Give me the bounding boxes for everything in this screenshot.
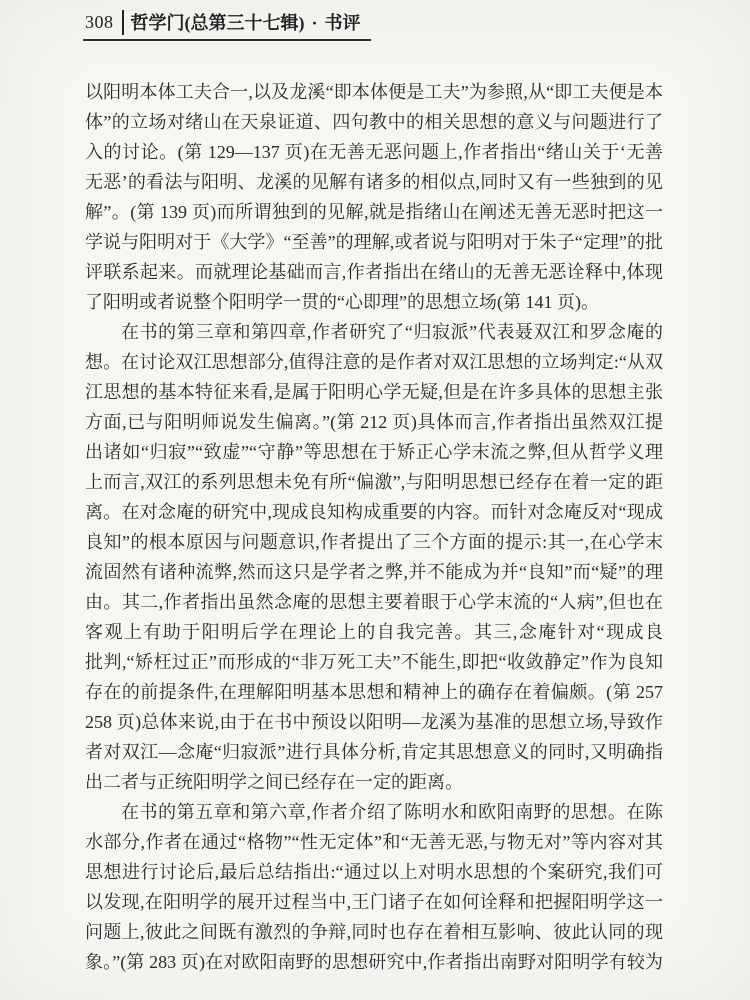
body-text: 以阳明本体工夫合一,以及龙溪“即本体便是工夫”为参照,从“即工夫便是本体”的立场… <box>85 77 663 977</box>
text-line: 象。”(第 283 页)在对欧阳南野的思想研究中,作者指出南野对阳明学有较为 <box>85 947 663 977</box>
page-header: 308 哲学门(总第三十七辑)·书评 <box>83 7 371 41</box>
text-line: 想。在讨论双江思想部分,值得注意的是作者对双江思想的立场判定:“从双 <box>85 347 663 377</box>
scanned-book-page: 308 哲学门(总第三十七辑)·书评 以阳明本体工夫合一,以及龙溪“即本体便是工… <box>0 0 750 1000</box>
text-line: 无恶’的看法与阳明、龙溪的见解有诸多的相似点,同时又有一些独到的见 <box>85 167 663 197</box>
paragraph: 以阳明本体工夫合一,以及龙溪“即本体便是工夫”为参照,从“即工夫便是本体”的立场… <box>85 77 663 317</box>
text-line: 水部分,作者在通过“格物”“性无定体”和“无善无恶,与物无对”等内容对其 <box>85 827 663 857</box>
header-divider-bar <box>122 10 124 35</box>
text-line: 出二者与正统阳明学之间已经存在一定的距离。 <box>85 767 663 797</box>
text-line: 流固然有诸种流弊,然而这只是学者之弊,并不能成为并“良知”而“疑”的理 <box>85 557 663 587</box>
text-line: 以发现,在阳明学的展开过程当中,王门诸子在如何诠释和把握阳明学这一 <box>85 887 663 917</box>
text-line: 出诸如“归寂”“致虚”“守静”等思想在于矫正心学末流之弊,但从哲学义理 <box>85 437 663 467</box>
text-line: 体”的立场对绪山在天泉证道、四句教中的相关思想的意义与问题进行了深 <box>85 107 663 137</box>
section-label: 书评 <box>325 13 361 33</box>
paragraph: 在书的第五章和第六章,作者介绍了陈明水和欧阳南野的思想。在陈明水部分,作者在通过… <box>85 797 663 977</box>
header-separator-dot: · <box>312 13 318 34</box>
text-line: 存在的前提条件,在理解阳明基本思想和精神上的确存在着偏颇。(第 257— <box>85 677 663 707</box>
text-line: 批判,“矫枉过正”而形成的“非万死工夫”不能生,即把“收敛静定”作为良知 <box>85 647 663 677</box>
running-head: 哲学门(总第三十七辑)·书评 <box>131 9 361 35</box>
text-line: 258 页)总体来说,由于在书中预设以阳明—龙溪为基准的思想立场,导致作 <box>85 707 663 737</box>
text-line: 入的讨论。(第 129—137 页)在无善无恶问题上,作者指出“绪山关于‘无善 <box>85 137 663 167</box>
text-line: 在书的第三章和第四章,作者研究了“归寂派”代表聂双江和罗念庵的思 <box>85 317 663 347</box>
text-line: 学说与阳明对于《大学》“至善”的理解,或者说与阳明对于朱子“定理”的批 <box>85 227 663 257</box>
page-number: 308 <box>85 12 114 33</box>
text-line: 者对双江—念庵“归寂派”进行具体分析,肯定其思想意义的同时,又明确指 <box>85 737 663 767</box>
journal-title: 哲学门(总第三十七辑) <box>131 13 305 33</box>
text-line: 以阳明本体工夫合一,以及龙溪“即本体便是工夫”为参照,从“即工夫便是本 <box>85 77 663 107</box>
text-line: 评联系起来。而就理论基础而言,作者指出在绪山的无善无恶诠释中,体现 <box>85 257 663 287</box>
text-line: 了阳明或者说整个阳明学一贯的“心即理”的思想立场(第 141 页)。 <box>85 287 663 317</box>
text-line: 江思想的基本特征来看,是属于阳明心学无疑,但是在许多具体的思想主张 <box>85 377 663 407</box>
text-line: 客观上有助于阳明后学在理论上的自我完善。其三,念庵针对“现成良知”的 <box>85 617 663 647</box>
text-line: 良知”的根本原因与问题意识,作者提出了三个方面的提示:其一,在心学末 <box>85 527 663 557</box>
text-line: 上而言,双江的系列思想未免有所“偏激”,与阳明思想已经存在着一定的距 <box>85 467 663 497</box>
text-line: 解”。(第 139 页)而所谓独到的见解,就是指绪山在阐述无善无恶时把这一 <box>85 197 663 227</box>
text-line: 离。在对念庵的研究中,现成良知构成重要的内容。而针对念庵反对“现成 <box>85 497 663 527</box>
text-line: 由。其二,作者指出虽然念庵的思想主要着眼于心学末流的“人病”,但也在 <box>85 587 663 617</box>
paragraph: 在书的第三章和第四章,作者研究了“归寂派”代表聂双江和罗念庵的思想。在讨论双江思… <box>85 317 663 797</box>
text-line: 问题上,彼此之间既有激烈的争辩,同时也存在着相互影响、彼此认同的现 <box>85 917 663 947</box>
text-line: 思想进行讨论后,最后总结指出:“通过以上对明水思想的个案研究,我们可 <box>85 857 663 887</box>
text-line: 在书的第五章和第六章,作者介绍了陈明水和欧阳南野的思想。在陈明 <box>85 797 663 827</box>
text-line: 方面,已与阳明师说发生偏离。”(第 212 页)具体而言,作者指出虽然双江提 <box>85 407 663 437</box>
